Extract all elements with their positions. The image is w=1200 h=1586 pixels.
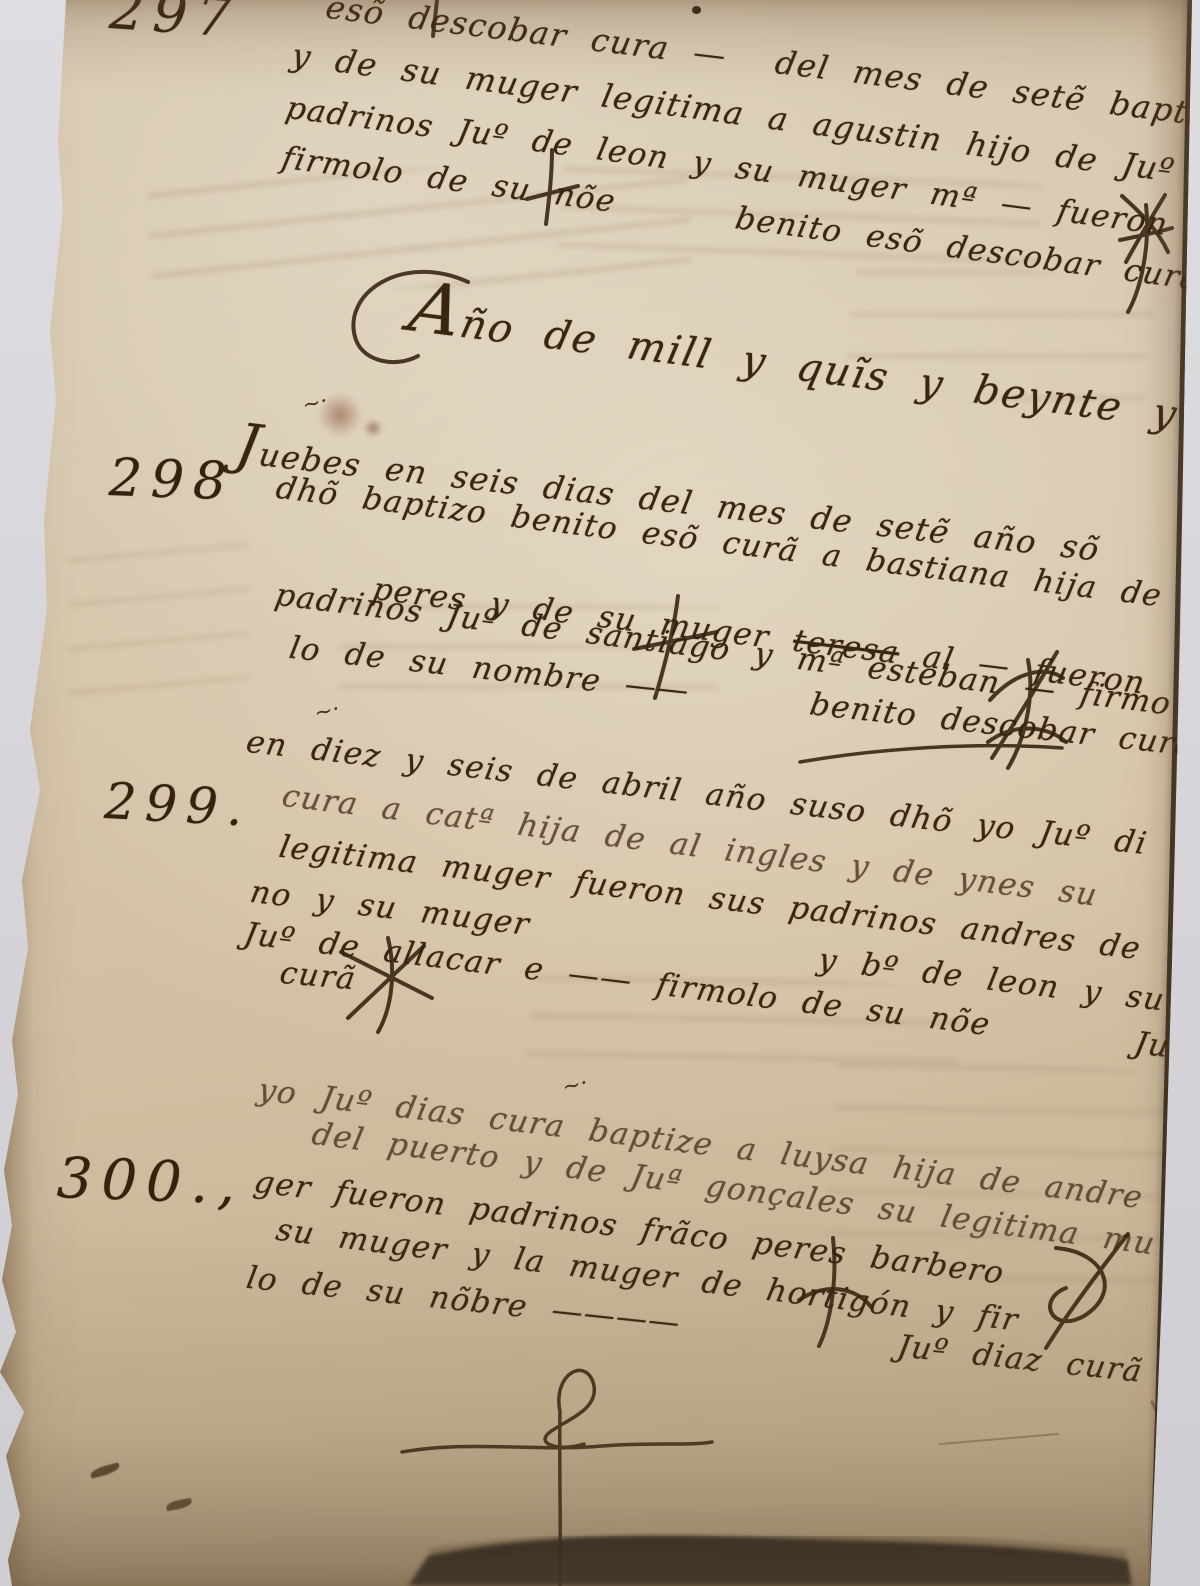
entry-number-298: 298: [108, 448, 236, 512]
faint-stroke-bottom: [940, 1434, 1058, 1444]
entry-lead-mark: ~·: [300, 389, 330, 419]
bottom-rubric-flourish: [402, 1370, 712, 1586]
ink-speck: [692, 6, 701, 14]
entry-number-299: 299.: [103, 772, 253, 838]
entry-number-297: 297: [108, 0, 242, 50]
page-bottom-edge-shadow: [408, 1536, 1132, 1586]
entry-lead-mark: ~·: [312, 697, 342, 727]
entry-299-line-6: curã: [277, 955, 359, 997]
entry-lead-mark: ~·: [560, 1071, 590, 1101]
ink-speck: [89, 1462, 120, 1478]
year-heading: Año de mill y quĩs y beynte y seis: [402, 266, 1200, 460]
manuscript-page: 297 esõ descobar cura — del mes de setẽ …: [0, 0, 1200, 1586]
entry-number-300: 300.,: [56, 1146, 246, 1218]
scanned-manuscript-screenshot: { "colors": { "background": "#d8d6da", "…: [0, 0, 1200, 1586]
bleedthrough-smudge: [70, 540, 250, 700]
overline-stroke-299: [800, 746, 1062, 762]
edge-curve-stroke: [1152, 1402, 1166, 1488]
ink-speck: [165, 1498, 192, 1511]
